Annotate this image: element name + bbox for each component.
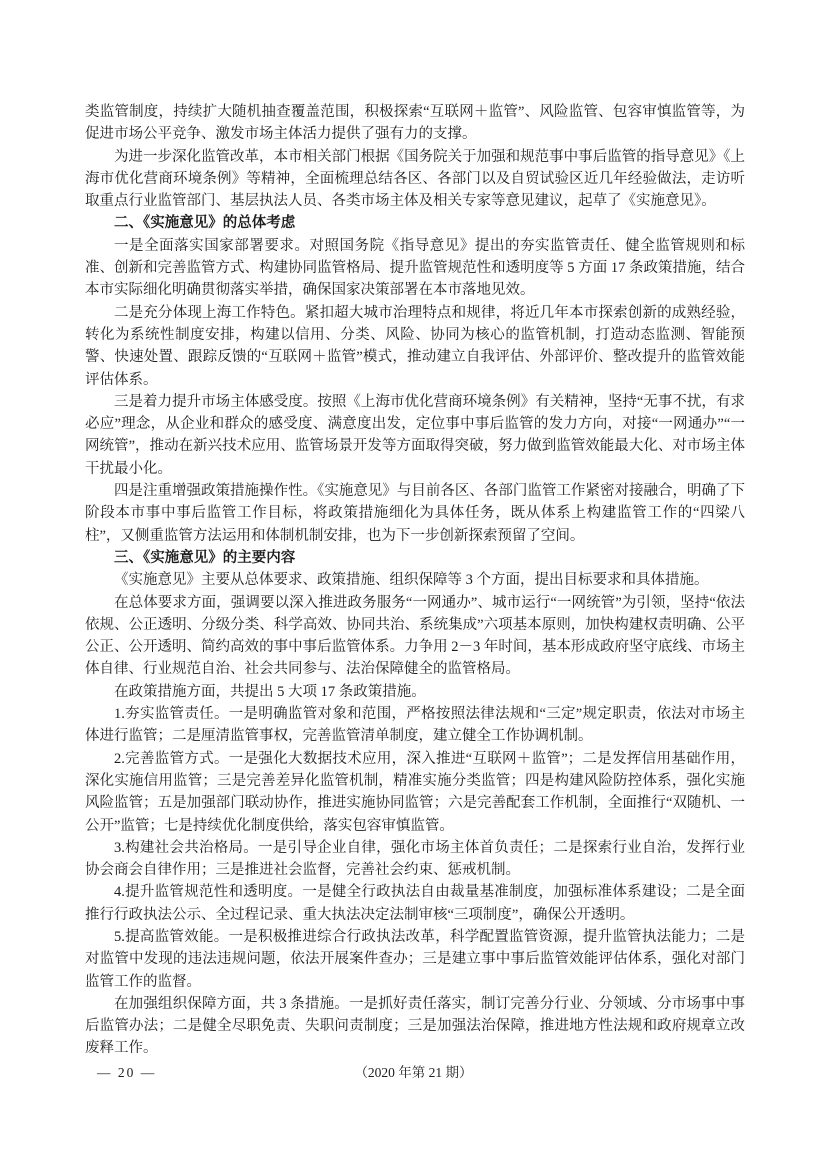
paragraph: 四是注重增强政策措施操作性。《实施意见》与目前各区、各部门监管工作紧密对接融合，…	[85, 480, 745, 547]
footer-issue-label: （2020 年第 21 期）	[0, 1062, 827, 1084]
paragraph: 《实施意见》主要从总体要求、政策措施、组织保障等 3 个方面，提出目标要求和具体…	[85, 569, 745, 591]
paragraph: 3.构建社会共治格局。一是引导企业自律，强化市场主体首负责任；二是探索行业自治，…	[85, 837, 745, 882]
paragraph: 在政策措施方面，共提出 5 大项 17 条政策措施。	[85, 681, 745, 703]
paragraph: 4.提升监管规范性和透明度。一是健全行政执法自由裁量基准制度，加强标准体系建设；…	[85, 881, 745, 926]
paragraph: 一是全面落实国家部署要求。对照国务院《指导意见》提出的夯实监管责任、健全监管规则…	[85, 235, 745, 302]
paragraph: 1.夯实监管责任。一是明确监管对象和范围，严格按照法律法规和“三定”规定职责，依…	[85, 703, 745, 748]
paragraph: 2.完善监管方式。一是强化大数据技术应用，深入推进“互联网＋监管”；二是发挥信用…	[85, 748, 745, 837]
paragraph: 在加强组织保障方面，共 3 条措施。一是抓好责任落实，制订完善分行业、分领域、分…	[85, 993, 745, 1060]
page-body-text: 类监管制度，持续扩大随机抽查覆盖范围，积极探索“互联网＋监管”、风险监管、包容审…	[85, 101, 745, 1060]
section-heading-2: 二、《实施意见》的总体考虑	[85, 212, 745, 234]
paragraph: 二是充分体现上海工作特色。紧扣超大城市治理特点和规律，将近几年本市探索创新的成熟…	[85, 302, 745, 391]
paragraph: 为进一步深化监管改革，本市相关部门根据《国务院关于加强和规范事中事后监管的指导意…	[85, 146, 745, 213]
document-page: 类监管制度，持续扩大随机抽查覆盖范围，积极探索“互联网＋监管”、风险监管、包容审…	[0, 0, 827, 1170]
paragraph: 三是着力提升市场主体感受度。按照《上海市优化营商环境条例》有关精神，坚持“无事不…	[85, 391, 745, 480]
section-heading-3: 三、《实施意见》的主要内容	[85, 547, 745, 569]
continuation-paragraph: 类监管制度，持续扩大随机抽查覆盖范围，积极探索“互联网＋监管”、风险监管、包容审…	[85, 101, 745, 146]
page-footer: — 20 — （2020 年第 21 期）	[0, 1062, 827, 1084]
paragraph: 5.提高监管效能。一是积极推进综合行政执法改革，科学配置监管资源，提升监管执法能…	[85, 926, 745, 993]
paragraph: 在总体要求方面，强调要以深入推进政务服务“一网通办”、城市运行“一网统管”为引领…	[85, 592, 745, 681]
